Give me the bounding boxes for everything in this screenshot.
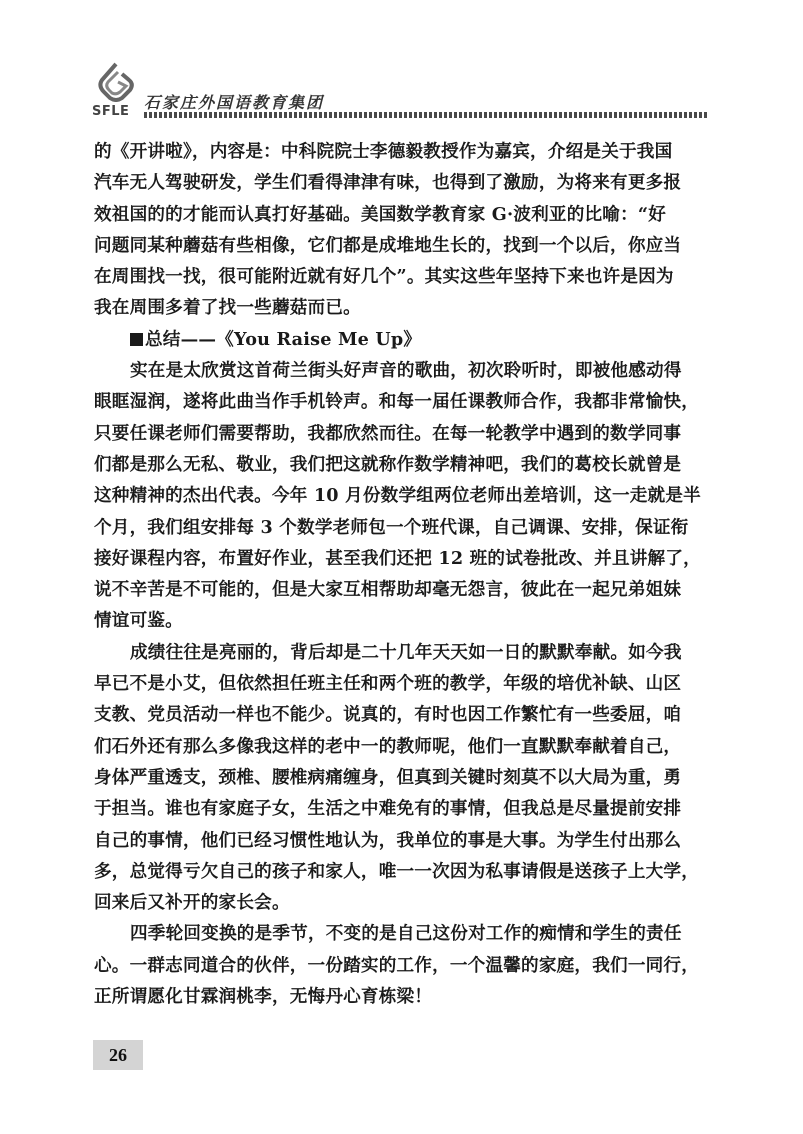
text-line: 汽车无人驾驶研发，学生们看得津津有味，也得到了激励，为将来有更多报 [94, 167, 710, 198]
section-heading: 总结——《You Raise Me Up》 [94, 324, 710, 355]
text-line: 问题同某种蘑菇有些相像，它们都是成堆地生长的，找到一个以后，你应当 [94, 230, 710, 261]
text-line: 在周围找一找，很可能附近就有好几个”。其实这些年坚持下来也许是因为 [94, 261, 710, 292]
page-number: 26 [93, 1040, 143, 1070]
text-line: 支教、党员活动一样也不能少。说真的，有时也因工作繁忙有一些委屈，咱 [94, 699, 710, 730]
text-line: 只要任课老师们需要帮助，我都欣然而往。在每一轮教学中遇到的数学同事 [94, 418, 710, 449]
square-bullet-icon [130, 333, 143, 346]
text-line: 们都是那么无私、敬业，我们把这就称作数学精神吧，我们的葛校长就曾是 [94, 449, 710, 480]
sfle-logo-icon [96, 62, 136, 102]
text-line: 情谊可鉴。 [94, 605, 710, 636]
logo-text: SFLE [92, 104, 129, 119]
organization-name: 石家庄外国语教育集团 [144, 90, 324, 113]
header-divider [144, 112, 709, 118]
text-line: 实在是太欣赏这首荷兰街头好声音的歌曲，初次聆听时，即被他感动得 [94, 355, 710, 386]
text-line: 回来后又补开的家长会。 [94, 887, 710, 918]
sfle-logo: SFLE [92, 62, 138, 122]
page-header: SFLE 石家庄外国语教育集团 [92, 62, 712, 122]
text-line: 接好课程内容，布置好作业，甚至我们还把 12 班的试卷批改、并且讲解了， [94, 543, 710, 574]
paragraph-2: 实在是太欣赏这首荷兰街头好声音的歌曲，初次聆听时，即被他感动得 眼眶湿润，遂将此… [94, 355, 710, 637]
text-line: 的《开讲啦》，内容是：中科院院士李德毅教授作为嘉宾，介绍是关于我国 [94, 136, 710, 167]
text-line: 身体严重透支，颈椎、腰椎病痛缠身，但真到关键时刻莫不以大局为重，勇 [94, 762, 710, 793]
section-heading-text: 总结——《You Raise Me Up》 [145, 329, 421, 350]
text-line: 们石外还有那么多像我这样的老中一的教师呢，他们一直默默奉献着自己， [94, 731, 710, 762]
text-line: 这种精神的杰出代表。今年 10 月份数学组两位老师出差培训，这一走就是半 [94, 480, 710, 511]
article-body: 的《开讲啦》，内容是：中科院院士李德毅教授作为嘉宾，介绍是关于我国 汽车无人驾驶… [94, 136, 710, 1012]
paragraph-1: 的《开讲啦》，内容是：中科院院士李德毅教授作为嘉宾，介绍是关于我国 汽车无人驾驶… [94, 136, 710, 324]
text-line: 说不辛苦是不可能的，但是大家互相帮助却毫无怨言，彼此在一起兄弟姐妹 [94, 574, 710, 605]
text-line: 四季轮回变换的是季节，不变的是自己这份对工作的痴情和学生的责任 [94, 918, 710, 949]
text-line: 正所谓愿化甘霖润桃李，无悔丹心育栋梁！ [94, 981, 710, 1012]
text-line: 我在周围多着了找一些蘑菇而已。 [94, 292, 710, 323]
text-line: 自己的事情，他们已经习惯性地认为，我单位的事是大事。为学生付出那么 [94, 825, 710, 856]
text-line: 效祖国的的才能而认真打好基础。美国数学教育家 G·波利亚的比喻：“好 [94, 199, 710, 230]
text-line: 早已不是小艾，但依然担任班主任和两个班的教学，年级的培优补缺、山区 [94, 668, 710, 699]
paragraph-3: 成绩往往是亮丽的，背后却是二十几年天天如一日的默默奉献。如今我 早已不是小艾，但… [94, 637, 710, 919]
text-line: 多，总觉得亏欠自己的孩子和家人，唯一一次因为私事请假是送孩子上大学， [94, 856, 710, 887]
text-line: 于担当。谁也有家庭子女，生活之中难免有的事情，但我总是尽量提前安排 [94, 793, 710, 824]
text-line: 眼眶湿润，遂将此曲当作手机铃声。和每一届任课教师合作，我都非常愉快， [94, 386, 710, 417]
paragraph-4: 四季轮回变换的是季节，不变的是自己这份对工作的痴情和学生的责任 心。一群志同道合… [94, 918, 710, 1012]
text-line: 个月，我们组安排每 3 个数学老师包一个班代课，自己调课、安排，保证衔 [94, 512, 710, 543]
text-line: 心。一群志同道合的伙伴，一份踏实的工作，一个温馨的家庭，我们一同行， [94, 950, 710, 981]
text-line: 成绩往往是亮丽的，背后却是二十几年天天如一日的默默奉献。如今我 [94, 637, 710, 668]
